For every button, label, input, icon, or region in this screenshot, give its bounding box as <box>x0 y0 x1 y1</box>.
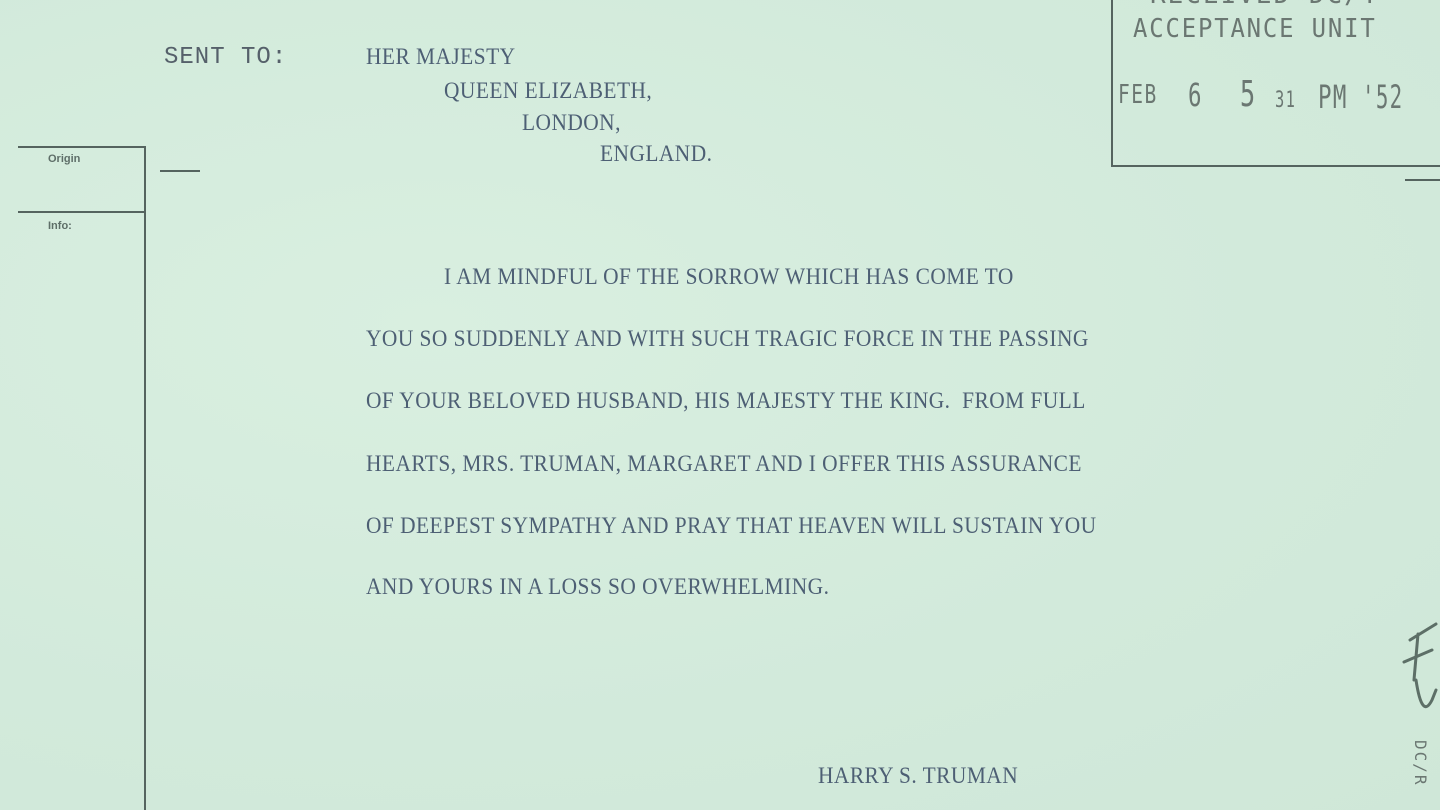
sent-to-label: SENT TO: <box>164 44 287 71</box>
address-line-2: QUEEN ELIZABETH, <box>444 78 652 104</box>
body-line: HEARTS, MRS. TRUMAN, MARGARET AND I OFFE… <box>366 451 1082 477</box>
signature-name: HARRY S. TRUMAN <box>818 763 1018 789</box>
stamp-received-line: RECEIVED DC/T <box>1150 0 1380 10</box>
margin-note-text: DC/R <box>1411 740 1430 787</box>
address-line-3: LONDON, <box>522 110 621 136</box>
stamp-right-rule <box>1405 179 1440 181</box>
stamp-hour: 5 <box>1240 74 1257 115</box>
body-line: I AM MINDFUL OF THE SORROW WHICH HAS COM… <box>444 264 1014 290</box>
stamp-year: '52 <box>1362 78 1403 116</box>
body-line: AND YOURS IN A LOSS SO OVERWHELMING. <box>366 574 829 600</box>
origin-dash <box>160 170 200 172</box>
stamp-ampm: PM <box>1318 78 1348 116</box>
address-line-1: HER MAJESTY <box>366 44 516 70</box>
stamp-minute: 31 <box>1275 88 1296 113</box>
stamp-day: 6 <box>1188 76 1203 114</box>
info-label: Info: <box>48 220 72 232</box>
origin-top-rule <box>18 146 146 148</box>
body-line: OF DEEPEST SYMPATHY AND PRAY THAT HEAVEN… <box>366 513 1097 539</box>
body-line: OF YOUR BELOVED HUSBAND, HIS MAJESTY THE… <box>366 388 1086 414</box>
stamp-acceptance-unit: ACCEPTANCE UNIT <box>1133 14 1377 44</box>
address-line-4: ENGLAND. <box>600 141 712 167</box>
origin-label: Origin <box>48 153 80 165</box>
stamp-month: FEB <box>1118 80 1158 110</box>
body-line: YOU SO SUDDENLY AND WITH SUCH TRAGIC FOR… <box>366 326 1089 352</box>
info-top-rule <box>18 211 146 213</box>
form-margin-rule <box>144 146 146 810</box>
